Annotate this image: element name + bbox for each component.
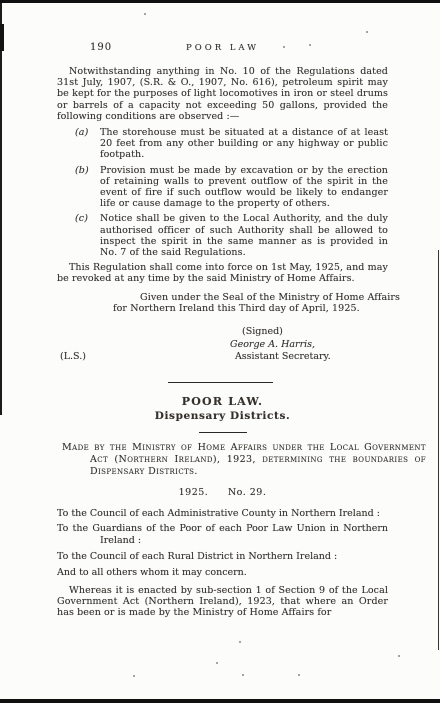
addressees-list: To the Council of each Administrative Co… bbox=[57, 508, 388, 578]
order-title: POOR LAW. bbox=[57, 395, 388, 408]
running-title: POOR LAW bbox=[57, 43, 388, 53]
condition-text: Provision must be made by excavation or … bbox=[100, 165, 388, 210]
page-content: 190 POOR LAW Notwithstanding anything in… bbox=[0, 0, 440, 619]
addressee-line: To the Council of each Rural District in… bbox=[57, 551, 388, 563]
intro-paragraph: Notwithstanding anything in No. 10 of th… bbox=[57, 66, 388, 122]
scan-speck bbox=[216, 662, 218, 664]
condition-label: (a) bbox=[75, 127, 91, 161]
commencement-paragraph: This Regulation shall come into force on… bbox=[57, 262, 388, 284]
order-year: 1925. bbox=[179, 487, 209, 498]
signed-label: (Signed) bbox=[242, 326, 388, 337]
conditions-list: (a) The storehouse must be situated at a… bbox=[57, 127, 388, 258]
condition-text: The storehouse must be situated at a dis… bbox=[100, 127, 388, 161]
order-headnote: Made by the Ministry of Home Affairs und… bbox=[62, 442, 426, 478]
seal-mark: (L.S.) bbox=[60, 351, 86, 362]
condition-label: (c) bbox=[75, 213, 91, 258]
condition-item-a: (a) The storehouse must be situated at a… bbox=[75, 127, 388, 161]
running-header: 190 POOR LAW bbox=[57, 42, 388, 54]
condition-item-b: (b) Provision must be made by excavation… bbox=[75, 165, 388, 210]
addressee-line: And to all others whom it may concern. bbox=[57, 567, 388, 579]
scan-speck bbox=[398, 655, 400, 657]
addressee-line: To the Guardians of the Poor of each Poo… bbox=[57, 523, 388, 546]
signature-row: (L.S.) Assistant Secretary. bbox=[57, 351, 388, 362]
scan-speck bbox=[242, 674, 244, 676]
condition-item-c: (c) Notice shall be given to the Local A… bbox=[75, 213, 388, 258]
scan-border-bottom bbox=[0, 699, 440, 703]
scan-speck bbox=[133, 675, 135, 677]
attestation-paragraph: Given under the Seal of the Ministry of … bbox=[113, 292, 405, 314]
order-number: No. 29. bbox=[228, 487, 267, 498]
preamble-paragraph: Whereas it is enacted by sub-section 1 o… bbox=[57, 585, 388, 619]
scan-speck bbox=[239, 641, 241, 643]
scan-speck bbox=[298, 674, 300, 676]
condition-label: (b) bbox=[75, 165, 91, 210]
signatory-title: Assistant Secretary. bbox=[235, 351, 331, 362]
section-divider bbox=[168, 382, 273, 383]
order-number-line: 1925. No. 29. bbox=[57, 487, 388, 498]
order-subtitle: Dispensary Districts. bbox=[57, 410, 388, 422]
addressee-line: To the Council of each Administrative Co… bbox=[57, 508, 388, 520]
heading-divider bbox=[199, 432, 247, 433]
signatory-name: George A. Harris, bbox=[230, 339, 388, 350]
scanned-document-page: 190 POOR LAW Notwithstanding anything in… bbox=[0, 0, 440, 703]
condition-text: Notice shall be given to the Local Autho… bbox=[100, 213, 388, 258]
